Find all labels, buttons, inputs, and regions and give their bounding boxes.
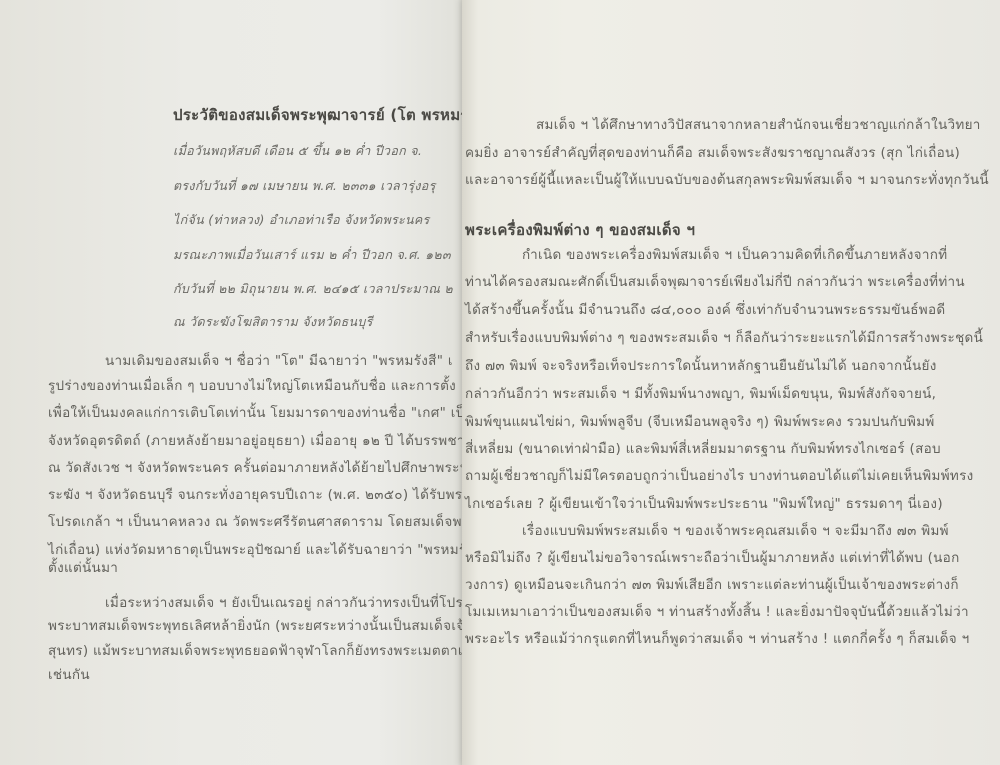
body-line: ณ วัดสังเวช ฯ จังหวัดพระนคร ครั้นต่อมาภา… [48,456,470,478]
intro-line: คมยิ่ง อาจารย์สำคัญที่สุดของท่านก็คือ สม… [465,141,960,163]
body-line: รูปร่างของท่านเมื่อเล็ก ๆ บอบบางไม่ใหญ่โ… [48,374,456,396]
body-line: เช่นกัน [48,663,90,685]
left-page: ประวัติของสมเด็จพระพุฒาจารย์ (โต พรหมรั … [0,0,470,765]
header-line: ไก่จัน (ท่าหลวง) อำเภอท่าเรือ จังหวัดพระ… [173,210,430,230]
biography-heading: ประวัติของสมเด็จพระพุฒาจารย์ (โต พรหมรั [173,103,469,127]
right-page: สมเด็จ ฯ ได้ศึกษาทางวิปัสสนาจากหลายสำนัก… [462,0,1000,765]
body-line: ถามผู้เชี่ยวชาญก็ไม่มีใครตอบถูกว่าเป็นอย… [465,464,974,486]
body-line: สุนทร) แม้พระบาทสมเด็จพระพุทธยอดฟ้าจุฬาโ… [48,639,470,661]
header-line: กับวันที่ ๒๒ มิถุนายน พ.ศ. ๒๔๑๕ เวลาประม… [173,279,453,299]
header-line: ณ วัดระฆังโฆสิตาราม จังหวัดธนบุรี [173,312,373,332]
header-line: เมื่อวันพฤหัสบดี เดือน ๕ ขึ้น ๑๒ ค่ำ ปีว… [173,141,422,161]
body-line: เพื่อให้เป็นมงคลแก่การเติบโตเท่านั้น โยม… [48,401,470,423]
section-heading: พระเครื่องพิมพ์ต่าง ๆ ของสมเด็จ ฯ [465,218,695,242]
body-line: พิมพ์ขุนแผนไข่ผ่า, พิมพ์พลูจีบ (จีบเหมือ… [465,410,935,432]
body-line: หรือมิไม่ถึง ? ผู้เขียนไม่ขอวิจารณ์เพราะ… [465,546,960,568]
body-line: กล่าวกันอีกว่า พระสมเด็จ ฯ มีทั้งพิมพ์นา… [465,382,936,404]
body-line: เรื่องแบบพิมพ์พระสมเด็จ ฯ ของเจ้าพระคุณส… [522,519,949,541]
body-line: เมื่อระหว่างสมเด็จ ฯ ยังเป็นเณรอยู่ กล่า… [105,591,470,613]
body-line: จังหวัดอุตรดิตถ์ (ภายหลังย้ายมาอยู่อยุธย… [48,429,470,451]
intro-line: และอาจารย์ผู้นี้แหละเป็นผู้ให้แบบฉบับของ… [465,168,989,190]
intro-line: สมเด็จ ฯ ได้ศึกษาทางวิปัสสนาจากหลายสำนัก… [536,113,981,135]
body-line: พระอะไร หรือแม้ว่ากรุแตกที่ไหนก็พูดว่าสม… [465,627,969,649]
body-line: ตั้งแต่นั้นมา [48,556,118,578]
body-line: ได้สร้างขึ้นครั้งนั้น มีจำนวนถึง ๘๔,๐๐๐ … [465,298,945,320]
body-line: นามเดิมของสมเด็จ ฯ ชื่อว่า "โต" มีฉายาว่… [105,349,453,371]
body-line: กำเนิด ของพระเครื่องพิมพ์สมเด็จ ฯ เป็นคว… [522,243,947,265]
body-line: ไกเซอร์เลย ? ผู้เขียนเข้าใจว่าเป็นพิมพ์พ… [465,492,943,514]
body-line: พระบาทสมเด็จพระพุทธเลิศหล้ายิ่งนัก (พระย… [48,614,470,636]
body-line: สำหรับเรื่องแบบพิมพ์ต่าง ๆ ของพระสมเด็จ … [465,326,983,348]
header-line: มรณะภาพเมื่อวันเสาร์ แรม ๒ ค่ำ ปีวอก จ.ศ… [173,245,451,265]
header-line: ตรงกับวันที่ ๑๗ เมษายน พ.ศ. ๒๓๓๑ เวลารุ่… [173,176,436,196]
body-line: ระฆัง ฯ จังหวัดธนบุรี จนกระทั่งอายุครบปี… [48,483,470,505]
body-line: โมเมเหมาเอาว่าเป็นของสมเด็จ ฯ ท่านสร้างท… [465,600,969,622]
body-line: วงการ) ดูเหมือนจะเกินกว่า ๗๓ พิมพ์เสียอี… [465,573,959,595]
body-line: โปรดเกล้า ฯ เป็นนาคหลวง ณ วัดพระศรีรัตนศ… [48,510,470,532]
body-line: สี่เหลี่ยม (ขนาดเท่าฝ่ามือ) และพิมพ์สี่เ… [465,437,941,459]
body-line: ถึง ๗๓ พิมพ์ จะจริงหรือเท็จประการใดนั้นห… [465,354,937,376]
body-line: ท่านได้ครองสมณะศักดิ์เป็นสมเด็จพุฒาจารย์… [465,270,965,292]
